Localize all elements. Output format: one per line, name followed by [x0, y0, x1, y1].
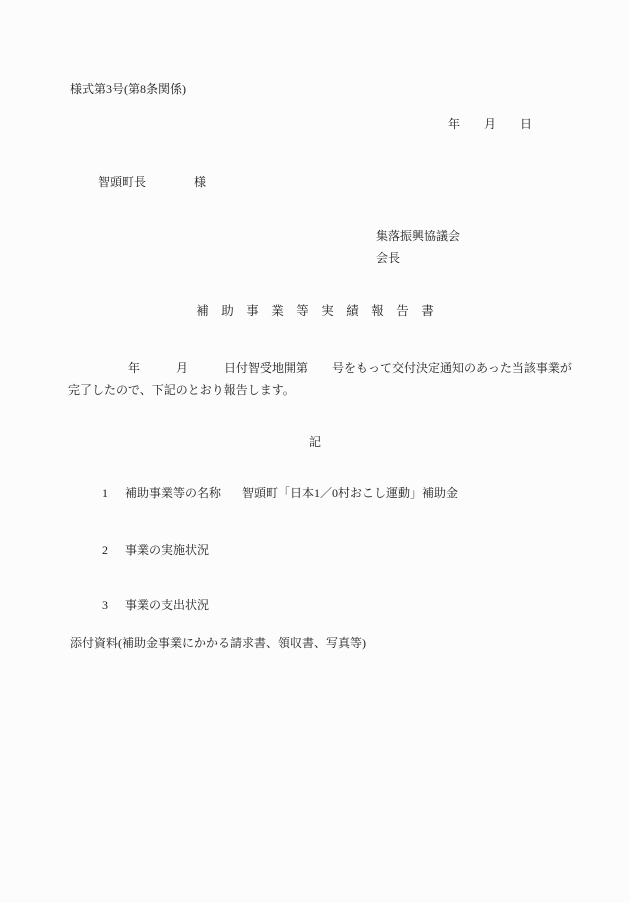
ki-heading: 記	[0, 434, 630, 450]
item-expenditure-status: 3事業の支出状況	[90, 581, 230, 629]
item-subsidy-name: 1補助事業等の名称智頭町「日本1／0村おこし運動」補助金	[90, 469, 458, 517]
date-line: 年 月 日	[448, 116, 532, 132]
item-value: 智頭町「日本1／0村おこし運動」補助金	[242, 486, 458, 500]
body-paragraph: 年 月 日付智受地開第 号をもって交付決定通知のあった当該事業が 完了したので、…	[68, 357, 573, 401]
item-label: 事業の支出状況	[125, 598, 209, 612]
item-label: 補助事業等の名称	[125, 486, 221, 500]
form-number: 様式第3号(第8条関係)	[70, 81, 186, 97]
body-line-2: 完了したので、下記のとおり報告します。	[68, 379, 573, 401]
sender-title: 会長	[376, 250, 400, 266]
sender-organization: 集落振興協議会	[376, 228, 460, 244]
addressee-line: 智頭町長 様	[98, 174, 206, 190]
attachment-note: 添付資料(補助金事業にかかる請求書、領収書、写真等)	[70, 635, 366, 651]
item-label: 事業の実施状況	[125, 543, 209, 557]
body-line-1: 年 月 日付智受地開第 号をもって交付決定通知のあった当該事業が	[68, 357, 573, 379]
item-number: 2	[102, 542, 125, 558]
item-number: 1	[102, 485, 125, 501]
document-page: 様式第3号(第8条関係) 年 月 日 智頭町長 様 集落振興協議会 会長 補 助…	[0, 0, 630, 903]
item-implementation-status: 2事業の実施状況	[90, 526, 230, 574]
item-number: 3	[102, 597, 125, 613]
document-title: 補 助 事 業 等 実 績 報 告 書	[0, 303, 630, 319]
